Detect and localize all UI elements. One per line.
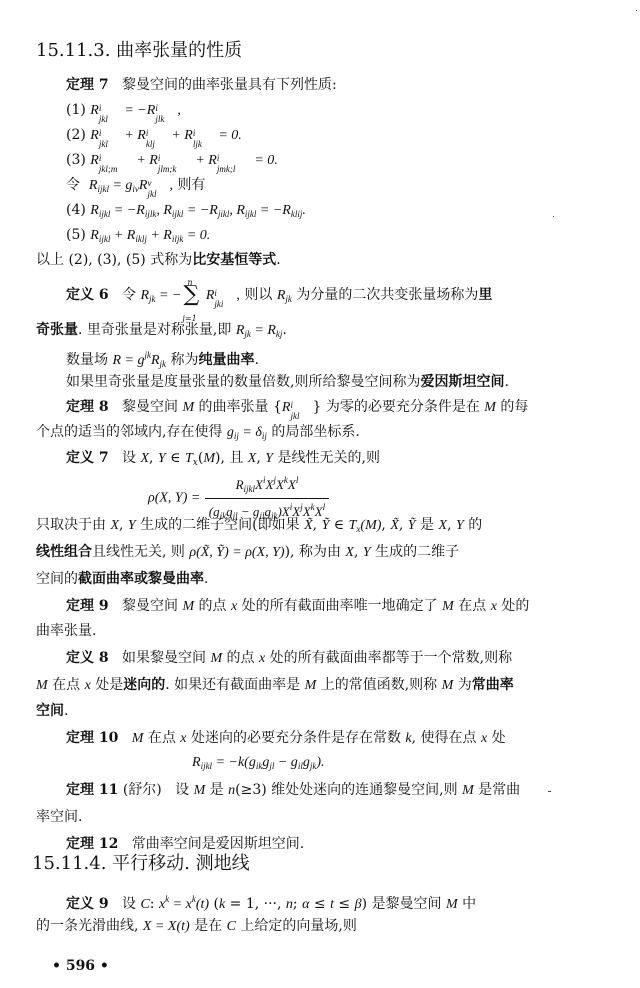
punctuation: .: [204, 571, 208, 587]
constant-curvature-term-part2: 空间: [36, 703, 64, 719]
definition-text: 的一条光滑曲线, X = X(t) 是在 C 上给定的向量场,则: [36, 918, 357, 934]
definition-label: 定义 6: [66, 287, 109, 303]
definition-7-line-1: 只取决于由 X, Y 生成的二维子空间(即如果 X̃, Ỹ ∈ Tx(M), X…: [36, 516, 482, 538]
scalar-curvature-definition: 数量场 R = gjkRjk 称为纯量曲率.: [66, 346, 259, 373]
sectional-curvature-term: 截面曲率: [78, 571, 134, 587]
formula: Rjk = −: [140, 288, 181, 303]
theorem-text: 黎曼空间 M 的曲率张量 {Rijkl} 为零的必要充分条件是在 M 的每: [122, 399, 528, 415]
formula: Rijkl + Riklj + Riljk = 0.: [90, 128, 242, 143]
theorem-text: 设 M 是 n(≥3) 维处处迷向的连通黎曼空间,则 M 是常曲: [175, 782, 520, 798]
definition-7-line-2: 线性组合且线性无关, 则 ρ(X̃, Ỹ) = ρ(X, Y)), 称为由 X,…: [36, 543, 459, 562]
theorem-text: 曲率张量.: [36, 623, 96, 639]
definition-9-line-2: 的一条光滑曲线, X = X(t) 是在 C 上给定的向量场,则: [36, 917, 357, 936]
formula: Rijkl = −Rijlk, Rijkl = −Rjikl, Rijkl = …: [90, 203, 306, 218]
section-heading-15-11-3: 15.11.3. 曲率张量的性质: [36, 40, 242, 62]
item-number: 令: [66, 177, 80, 193]
theorem-7-definition-line: 令 Rijkl = givRvjkl, 则有: [66, 176, 205, 198]
formula: Rijkl = givRvjkl,: [89, 178, 173, 193]
theorem-text: 黎曼空间 M 的点 x 处的所有截面曲率唯一地确定了 M 在点 x 处的: [122, 598, 529, 614]
definition-text: 只取决于由 X, Y 生成的二维子空间(即如果 X̃, Ỹ ∈ Tx(M), X…: [36, 517, 482, 533]
theorem-text: 黎曼空间的曲率张量具有下列性质:: [122, 77, 337, 93]
theorem-7-item-4: (4) Rijkl = −Rijlk, Rijkl = −Rjikl, Rijk…: [66, 201, 306, 223]
formula: Rijkl + Riklj + Riljk = 0.: [90, 228, 210, 243]
definition-label: 定义 7: [66, 450, 109, 466]
theorem-11-line-2: 率空间.: [36, 808, 82, 826]
definition-7-statement: 定义 7 设 X, Y ∈ Tx(M), 且 X, Y 是线性无关的,则: [66, 449, 380, 472]
scalar-text: 数量场 R = gjkRjk 称为: [66, 352, 198, 368]
definition-text: . 如果还有截面曲率是 M 上的常值函数,则称 M 为: [165, 677, 472, 693]
ricci-symmetric-text: . 里奇张量是对称张量,即 Rjk = Rkj.: [78, 322, 287, 338]
definition-9-line-1: 定义 9 设 C: xk = xk(t) (k = 1, ···, n; α ≤…: [66, 890, 476, 914]
section-heading-15-11-4: 15.11.4. 平行移动. 测地线: [32, 853, 250, 875]
scan-artifact: [548, 791, 551, 792]
einstein-space-term: 爱因斯坦空间: [420, 374, 504, 390]
definition-8-line-1: 定义 8 如果黎曼空间 M 的点 x 处的所有截面曲率都等于一个常数,则称: [66, 649, 512, 668]
note-text: 以上 (2), (3), (5) 式称为: [36, 252, 192, 268]
section-title: 平行移动. 测地线: [112, 853, 249, 874]
summation-symbol: ∑nj=1: [181, 286, 201, 304]
isotropic-term: 迷向的: [123, 677, 165, 693]
formula: Rijkl = −k(gikgjl − gilgjk).: [192, 755, 325, 770]
theorem-7-item-2: (2) Rijkl + Riklj + Riljk = 0.: [66, 126, 242, 145]
section-number: 15.11.3.: [36, 40, 110, 61]
theorem-7-item-1: (1) Rijkl = −Rijlk,: [66, 101, 181, 120]
theorem-attribution: (舒尔): [123, 782, 162, 798]
theorem-7-statement: 定理 7 黎曼空间的曲率张量具有下列性质:: [66, 76, 337, 94]
definition-6-statement: 定义 6 令 Rjk = −∑nj=1 Rijki, 则以 Rjk 为分量的二次…: [66, 286, 492, 308]
theorem-8-line-1: 定理 8 黎曼空间 M 的曲率张量 {Rijkl} 为零的必要充分条件是在 M …: [66, 398, 528, 417]
punctuation: .: [276, 252, 280, 268]
lead-text: 令: [122, 287, 136, 303]
riemann-curvature-term: 黎曼曲率: [148, 571, 204, 587]
theorem-10-formula: Rijkl = −k(gikgjl − gilgjk).: [192, 753, 325, 775]
definition-text: 空间的: [36, 571, 78, 587]
definition-label: 定义 8: [66, 650, 109, 666]
bianchi-term: 比安基恒等式: [192, 252, 276, 268]
numerator: RijklXiXjXkXl: [205, 472, 329, 499]
or-text: 或: [134, 571, 148, 587]
definition-text: 线性组合且线性无关, 则 ρ(X̃, Ỹ) = ρ(X, Y)), 称为由 X,…: [36, 544, 459, 560]
theorem-11-line-1: 定理 11 (舒尔) 设 M 是 n(≥3) 维处处迷向的连通黎曼空间,则 M …: [66, 781, 520, 800]
theorem-9-line-1: 定理 9 黎曼空间 M 的点 x 处的所有截面曲率唯一地确定了 M 在点 x 处…: [66, 597, 529, 616]
definition-text: M 在点 x 处是: [36, 677, 123, 693]
theorem-label: 定理 12: [66, 836, 118, 852]
definition-text: 如果黎曼空间 M 的点 x 处的所有截面曲率都等于一个常数,则称: [122, 650, 512, 666]
theorem-10-statement: 定理 10 M 在点 x 处迷向的必要充分条件是存在常数 k, 使得在点 x 处: [66, 729, 506, 748]
definition-text: 则以 Rjk 为分量的二次共变张量场称为: [244, 287, 478, 303]
definition-6-continuation: 奇张量. 里奇张量是对称张量,即 Rjk = Rkj.: [36, 321, 287, 343]
ricci-term-part2: 奇张量: [36, 322, 78, 338]
bianchi-identities-note: 以上 (2), (3), (5) 式称为比安基恒等式.: [36, 251, 281, 269]
section-number: 15.11.4.: [32, 853, 106, 874]
definition-label: 定义 9: [66, 896, 109, 912]
theorem-9-line-2: 曲率张量.: [36, 622, 96, 640]
theorem-label: 定理 7: [66, 77, 109, 93]
formula-lhs: ρ(X, Y) =: [148, 491, 200, 506]
constant-curvature-term-part1: 常曲率: [472, 677, 514, 693]
theorem-label: 定理 8: [66, 399, 109, 415]
theorem-12-statement: 定理 12 常曲率空间是爱因斯坦空间.: [66, 835, 304, 853]
theorem-label: 定理 9: [66, 598, 109, 614]
theorem-label: 定理 11: [66, 782, 118, 798]
formula: Rijkl = −Rijlk,: [90, 103, 181, 118]
scalar-curvature-term: 纯量曲率: [198, 352, 254, 368]
item-number: (3): [66, 152, 86, 168]
theorem-7-item-3: (3) Rijkl;m + Rijlm;k + Rijmk;l = 0.: [66, 151, 278, 170]
theorem-text: M 在点 x 处迷向的必要充分条件是存在常数 k, 使得在点 x 处: [132, 730, 506, 746]
definition-7-line-3: 空间的截面曲率或黎曼曲率.: [36, 570, 208, 588]
formula: Rijkl;m + Rijlm;k + Rijmk;l = 0.: [90, 153, 278, 168]
section-title: 曲率张量的性质: [116, 40, 242, 61]
document-page: 15.11.3. 曲率张量的性质 定理 7 黎曼空间的曲率张量具有下列性质: (…: [0, 0, 640, 988]
item-number: (1): [66, 102, 86, 118]
theorem-8-line-2: 个点的适当的邻域内,存在使得 gij = δij 的局部坐标系.: [36, 423, 360, 445]
definition-text: 设 X, Y ∈ Tx(M), 且 X, Y 是线性无关的,则: [122, 450, 380, 466]
punctuation: .: [64, 703, 68, 719]
scan-artifact: [553, 216, 554, 217]
formula-rhs: Rijki,: [206, 288, 240, 303]
theorem-7-item-5: (5) Rijkl + Riklj + Riljk = 0.: [66, 226, 210, 248]
einstein-text: 如果里奇张量是度量张量的数量倍数,则所给黎曼空间称为: [66, 374, 420, 390]
theorem-label: 定理 10: [66, 730, 118, 746]
item-number: (5): [66, 227, 86, 243]
einstein-space-definition: 如果里奇张量是度量张量的数量倍数,则所给黎曼空间称为爱因斯坦空间.: [66, 373, 509, 391]
definition-text: 设 C: xk = xk(t) (k = 1, ···, n; α ≤ t ≤ …: [122, 896, 476, 912]
definition-8-line-3: 空间.: [36, 702, 68, 720]
suffix-text: 则有: [177, 177, 205, 193]
item-number: (2): [66, 127, 86, 143]
scan-artifact: [636, 10, 637, 11]
theorem-text: 常曲率空间是爱因斯坦空间.: [132, 836, 304, 852]
page-number: • 596 •: [52, 958, 109, 974]
punctuation: .: [504, 374, 508, 390]
definition-8-line-2: M 在点 x 处是迷向的. 如果还有截面曲率是 M 上的常值函数,则称 M 为常…: [36, 676, 514, 695]
ricci-term-part1: 里: [478, 287, 492, 303]
theorem-text: 个点的适当的邻域内,存在使得 gij = δij 的局部坐标系.: [36, 424, 360, 440]
theorem-text: 率空间.: [36, 809, 82, 825]
punctuation: .: [254, 352, 258, 368]
item-number: (4): [66, 202, 86, 218]
